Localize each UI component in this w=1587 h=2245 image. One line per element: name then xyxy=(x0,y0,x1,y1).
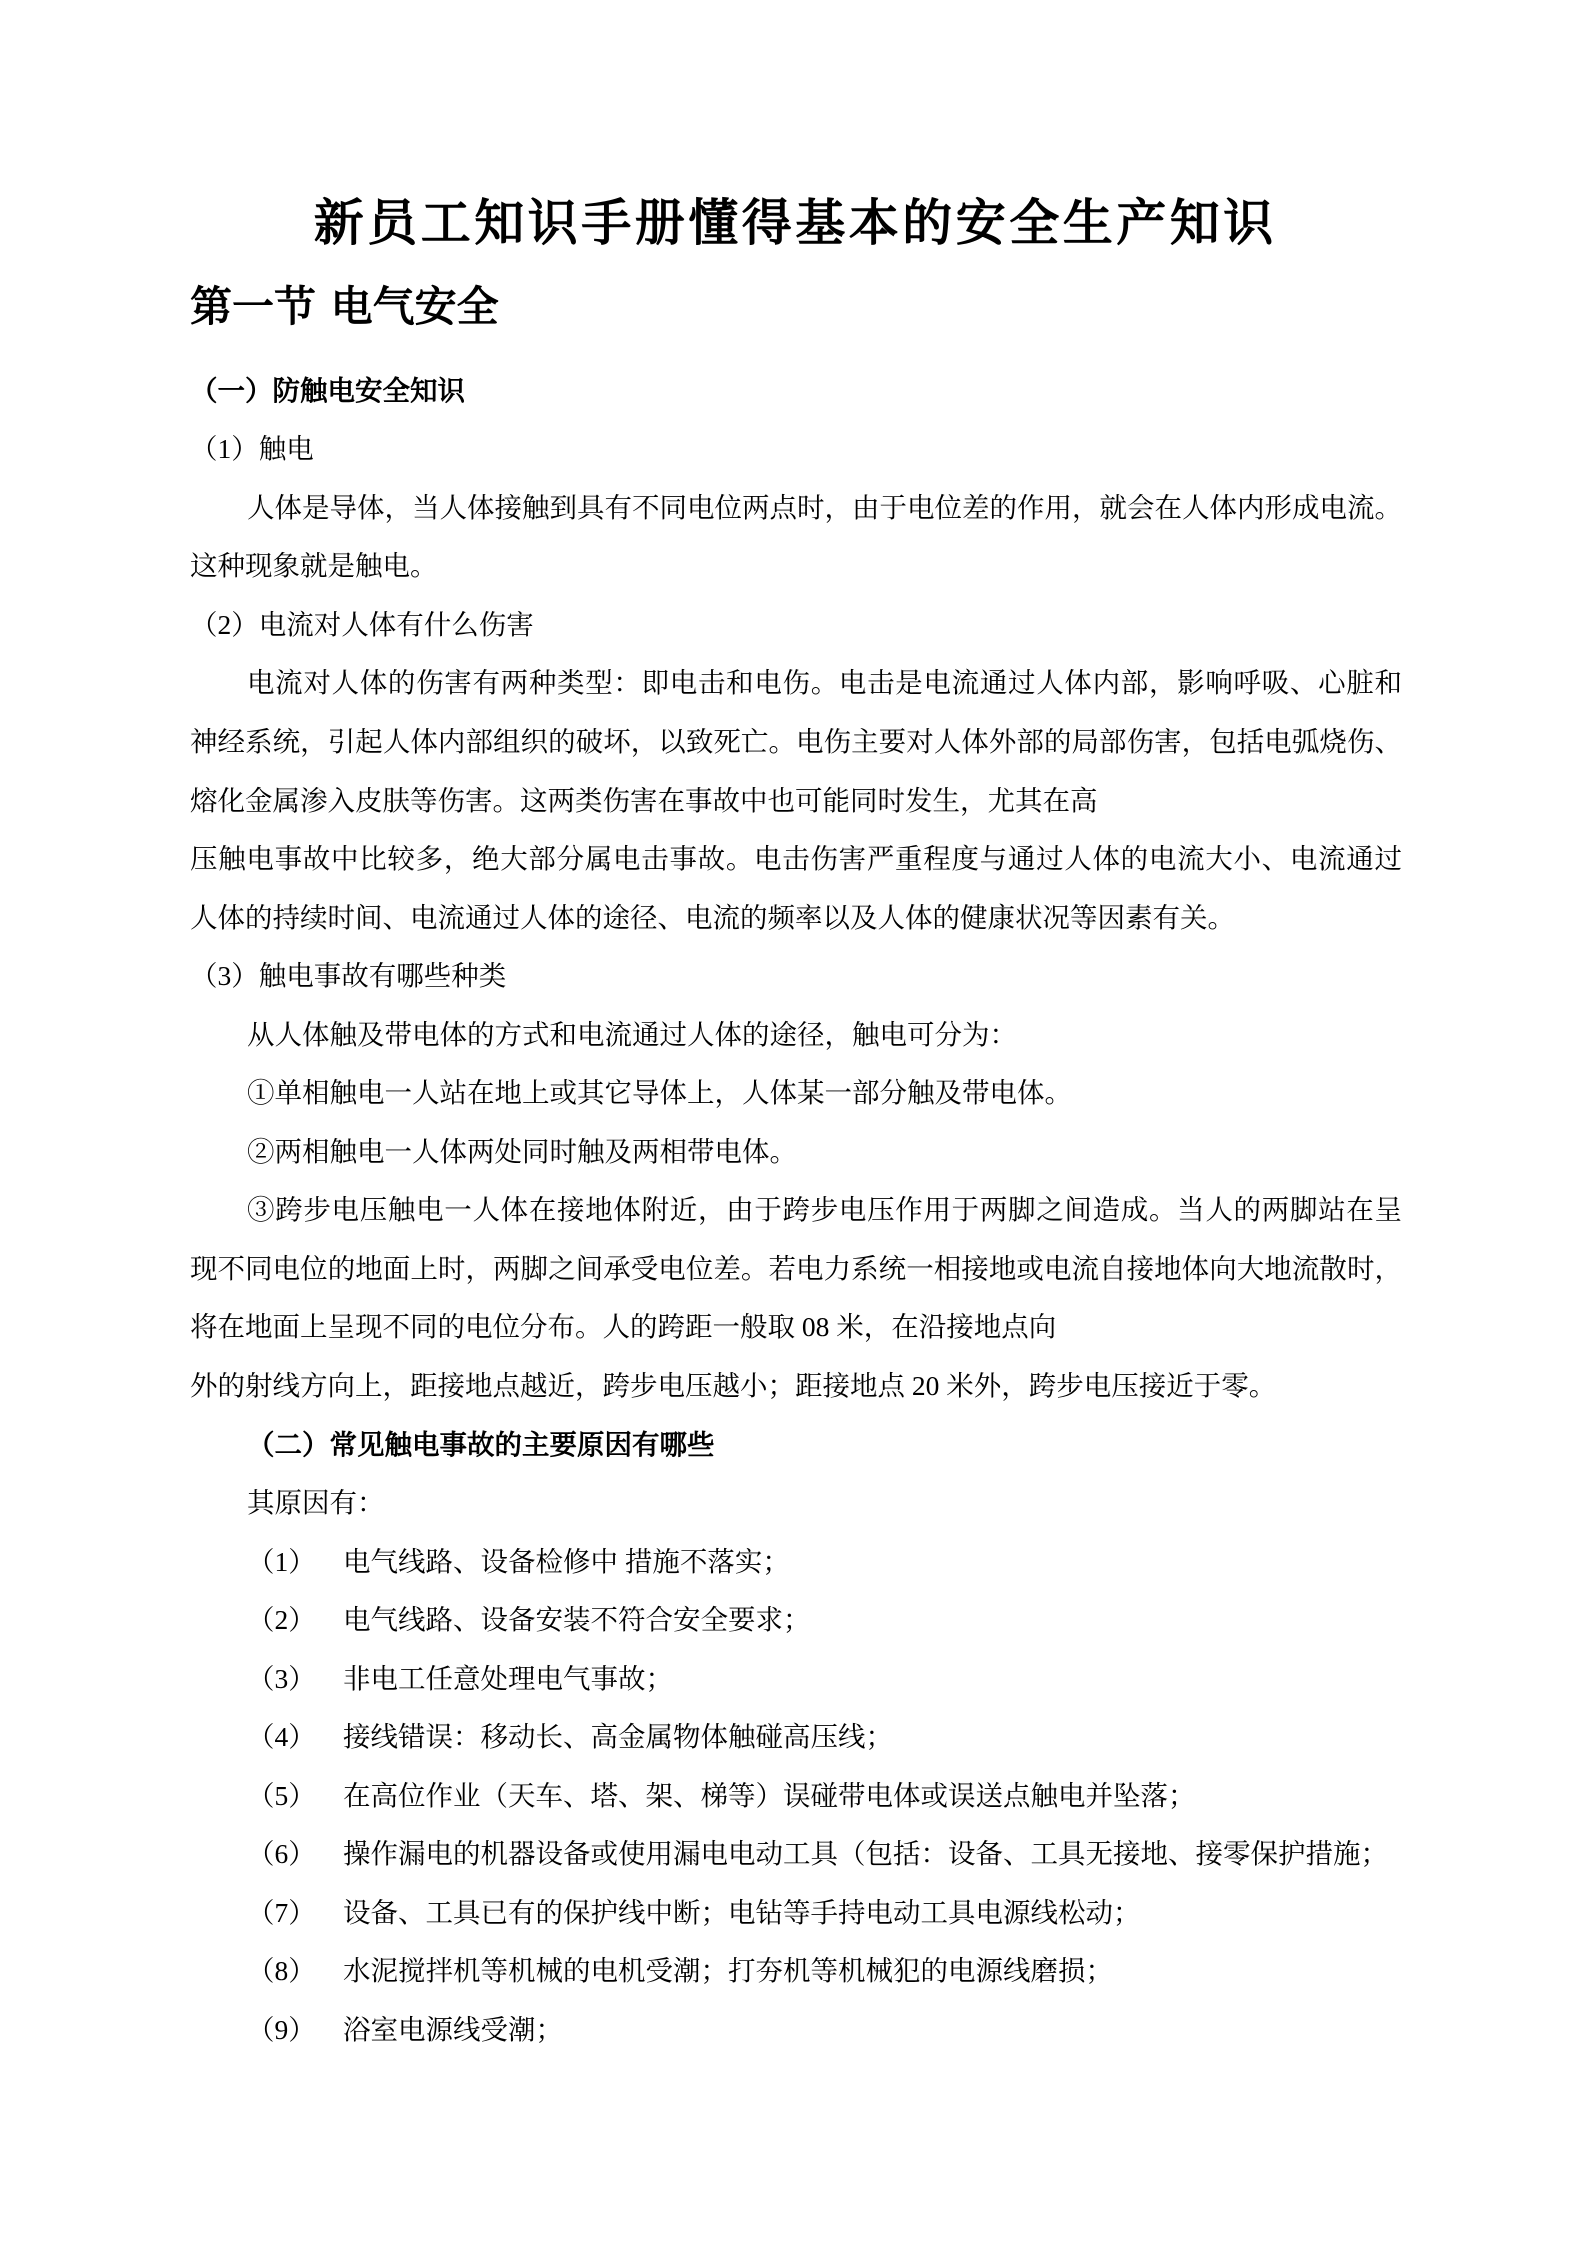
document-title: 新员工知识手册懂得基本的安全生产知识 xyxy=(0,183,1587,263)
q2-paragraph1-line: 熔化金属渗入皮肤等伤害。这两类伤害在事故中也可能同时发生，尤其在高 xyxy=(190,772,1402,831)
shock-type3-line: 现不同电位的地面上时，两脚之间承受电位差。若电力系统一相接地或电流自接地体向大地… xyxy=(190,1240,1402,1299)
cause-item: （9）浴室电源线受潮； xyxy=(190,2001,1402,2060)
cause-text: 水泥搅拌机等机械的电机受潮；打夯机等机械犯的电源线磨损； xyxy=(343,1955,1113,1986)
cause-number: （9） xyxy=(247,2001,343,2060)
q1-paragraph-line: 人体是导体，当人体接触到具有不同电位两点时，由于电位差的作用，就会在人体内形成电… xyxy=(190,479,1402,538)
cause-text: 电气线路、设备安装不符合安全要求； xyxy=(343,1604,811,1635)
cause-item: （8）水泥搅拌机等机械的电机受潮；打夯机等机械犯的电源线磨损； xyxy=(190,1942,1402,2001)
cause-text: 接线错误：移动长、高金属物体触碰高压线； xyxy=(343,1721,893,1752)
cause-text: 非电工任意处理电气事故； xyxy=(343,1663,673,1694)
cause-number: （4） xyxy=(247,1708,343,1767)
cause-number: （2） xyxy=(247,1591,343,1650)
cause-text: 操作漏电的机器设备或使用漏电电动工具（包括：设备、工具无接地、接零保护措施； xyxy=(343,1838,1388,1869)
q2-paragraph2-line: 压触电事故中比较多，绝大部分属电击事故。电击伤害严重程度与通过人体的电流大小、电… xyxy=(190,830,1402,889)
q3-heading: （3）触电事故有哪些种类 xyxy=(190,947,1402,1006)
cause-item: （3）非电工任意处理电气事故； xyxy=(190,1650,1402,1709)
q2-heading: （2）电流对人体有什么伤害 xyxy=(190,596,1402,655)
cause-item: （7）设备、工具已有的保护线中断；电钻等手持电动工具电源线松动； xyxy=(190,1884,1402,1943)
cause-text: 电气线路、设备检修中 措施不落实； xyxy=(343,1546,790,1577)
document-page: 新员工知识手册懂得基本的安全生产知识 第一节 电气安全 （一）防触电安全知识 （… xyxy=(0,0,1587,2245)
q2-paragraph2-line: 人体的持续时间、电流通过人体的途径、电流的频率以及人体的健康状况等因素有关。 xyxy=(190,889,1402,948)
part1-heading: （一）防触电安全知识 xyxy=(190,362,1402,421)
cause-text: 在高位作业（天车、塔、架、梯等）误碰带电体或误送点触电并坠落； xyxy=(343,1780,1196,1811)
part2-heading: （二）常见触电事故的主要原因有哪些 xyxy=(190,1416,1402,1475)
shock-type-item: ①单相触电一人站在地上或其它导体上，人体某一部分触及带电体。 xyxy=(190,1064,1402,1123)
cause-number: （1） xyxy=(247,1533,343,1592)
cause-number: （7） xyxy=(247,1884,343,1943)
shock-type3-line: 外的射线方向上，距接地点越近，跨步电压越小；距接地点 20 米外，跨步电压接近于… xyxy=(190,1357,1402,1416)
q1-paragraph-line: 这种现象就是触电。 xyxy=(190,537,1402,596)
shock-type3-line: 将在地面上呈现不同的电位分布。人的跨距一般取 08 米，在沿接地点向 xyxy=(190,1298,1402,1357)
cause-number: （3） xyxy=(247,1650,343,1709)
cause-item: （2）电气线路、设备安装不符合安全要求； xyxy=(190,1591,1402,1650)
cause-number: （8） xyxy=(247,1942,343,2001)
cause-text: 设备、工具已有的保护线中断；电钻等手持电动工具电源线松动； xyxy=(343,1897,1141,1928)
cause-number: （5） xyxy=(247,1767,343,1826)
cause-text: 浴室电源线受潮； xyxy=(343,2014,563,2045)
cause-item: （1）电气线路、设备检修中 措施不落实； xyxy=(190,1533,1402,1592)
cause-number: （6） xyxy=(247,1825,343,1884)
part2-intro: 其原因有： xyxy=(190,1474,1402,1533)
cause-item: （4）接线错误：移动长、高金属物体触碰高压线； xyxy=(190,1708,1402,1767)
q1-heading: （1）触电 xyxy=(190,420,1402,479)
document-body: 第一节 电气安全 （一）防触电安全知识 （1）触电 人体是导体，当人体接触到具有… xyxy=(190,267,1402,2060)
chapter-heading: 第一节 电气安全 xyxy=(190,267,1402,347)
q3-intro: 从人体触及带电体的方式和电流通过人体的途径，触电可分为： xyxy=(190,1006,1402,1065)
cause-item: （5）在高位作业（天车、塔、架、梯等）误碰带电体或误送点触电并坠落； xyxy=(190,1767,1402,1826)
shock-type3-line: ③跨步电压触电一人体在接地体附近，由于跨步电压作用于两脚之间造成。当人的两脚站在… xyxy=(190,1181,1402,1240)
shock-type-item: ②两相触电一人体两处同时触及两相带电体。 xyxy=(190,1123,1402,1182)
q2-paragraph1-line: 电流对人体的伤害有两种类型：即电击和电伤。电击是电流通过人体内部，影响呼吸、心脏… xyxy=(190,654,1402,713)
cause-item: （6）操作漏电的机器设备或使用漏电电动工具（包括：设备、工具无接地、接零保护措施… xyxy=(190,1825,1402,1884)
q2-paragraph1-line: 神经系统，引起人体内部组织的破坏，以致死亡。电伤主要对人体外部的局部伤害，包括电… xyxy=(190,713,1402,772)
